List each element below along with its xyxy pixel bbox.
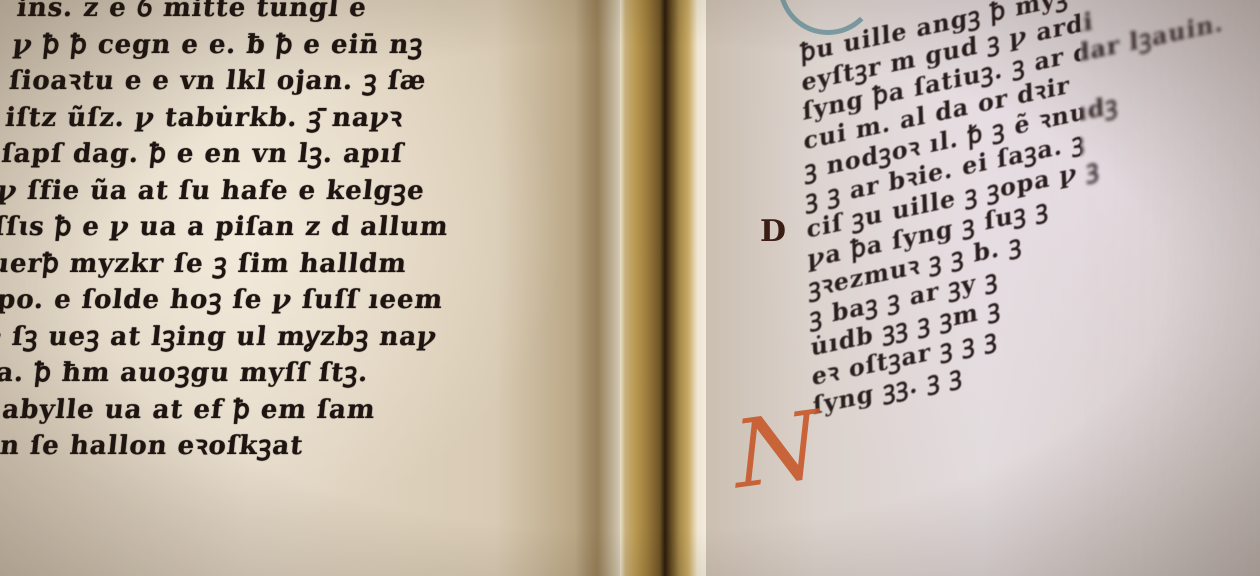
- text-line: ıpo. e ſolde hoꝫ ſe ꝩ ſuſſ ıeem: [0, 282, 445, 319]
- left-page-text: ins. z e ỽ mitte tungl e ꝩ ꝥ ꝥ cegn e e.…: [0, 0, 476, 465]
- text-line: ſioaꝛtu e e vn lkl ojan. ꝫ ſæ: [7, 63, 468, 100]
- text-line: ꝩ ꝥ ꝥ cegn e e. ƀ ꝥ e ein̄ nꝫ: [11, 27, 472, 64]
- manuscript-photo: ins. z e ỽ mitte tungl e ꝩ ꝥ ꝥ cegn e e.…: [0, 0, 1260, 576]
- text-line: ıon ſe hallon eꝛoſkꝫat: [0, 428, 430, 465]
- text-line: ꝩ ſfie ũa at ſu hafe e kelgꝫe: [0, 173, 457, 210]
- depth-blur: [1080, 0, 1260, 576]
- text-line: ꝩ ſꝫ ueꝫ at lꝫing ul mỿzbꝫ naꝩ: [0, 319, 441, 356]
- text-line: ȧa. ꝥ ħm auoꝫgu myſſ ſtꝫ.: [0, 355, 437, 392]
- text-line: ſſɩs ꝥ e ꝩ ua a piſan z d allum: [0, 209, 453, 246]
- text-line: iſtz ũſz. ꝩ tabu̇rkb. ꝫ̄ naꝩꝛ: [4, 100, 465, 137]
- text-line: uerꝥ myzkr ſe ꝫ ſim halldm: [0, 246, 449, 283]
- red-initial: N: [729, 397, 825, 504]
- text-line: ins. z e ỽ mitte tungl e: [15, 0, 476, 27]
- dark-red-initial: D: [760, 214, 786, 249]
- text-line: ſapſ dag. ꝥ e en vn lꝫ. apıſ: [0, 136, 460, 173]
- text-line: e abylle ua at ef ꝥ em ſam: [0, 392, 434, 429]
- gilded-gutter: [620, 0, 710, 576]
